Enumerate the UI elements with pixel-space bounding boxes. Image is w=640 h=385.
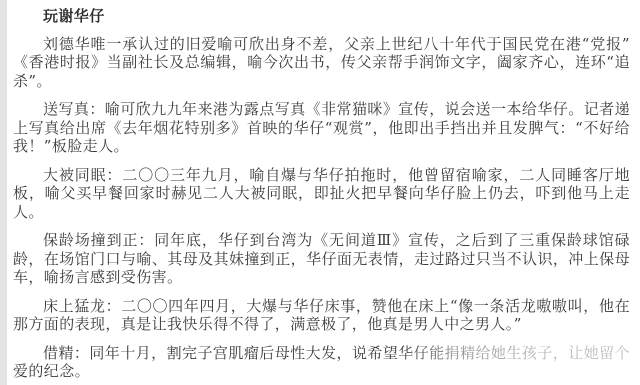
doc-paragraph-shared-blanket: 大被同眠：二〇〇三年九月，喻自爆与华仔拍拖时，他曾留宿喻家，二人同睡客厅地板，喻… bbox=[13, 166, 630, 222]
left-margin-strip bbox=[0, 0, 7, 385]
document-page: 玩谢华仔 刘德华唯一承认过的旧爱喻可欣出身不差，父亲上世纪八十年代于国民党在港“… bbox=[0, 0, 640, 385]
doc-paragraph-bed-dragon: 床上猛龙：二〇〇四年四月，大爆与华仔床事，赞他在床上“像一条活龙嗷嗷叫，他在那方… bbox=[13, 297, 630, 334]
document-title: 玩谢华仔 bbox=[13, 7, 630, 26]
document-content: 玩谢华仔 刘德华唯一承认过的旧爱喻可欣出身不差，父亲上世纪八十年代于国民党在港“… bbox=[7, 0, 640, 385]
doc-paragraph-sperm-donation: 借精：同年十月，割完子宫肌瘤后母性大发，说希望华仔能捐精给她生孩子，让她留个爱的… bbox=[13, 344, 630, 381]
doc-paragraph-send-photo: 送写真：喻可欣九九年来港为露点写真《非常猫咪》宣传，说会送一本给华仔。记者递上写… bbox=[13, 100, 630, 156]
doc-paragraph-bowling-encounter: 保龄场撞到正：同年底，华仔到台湾为《无间道Ⅲ》宣传，之后到了三重保龄球馆碌龄，在… bbox=[13, 231, 630, 287]
doc-paragraph-intro: 刘德华唯一承认过的旧爱喻可欣出身不差，父亲上世纪八十年代于国民党在港“党报”《香… bbox=[13, 35, 630, 91]
